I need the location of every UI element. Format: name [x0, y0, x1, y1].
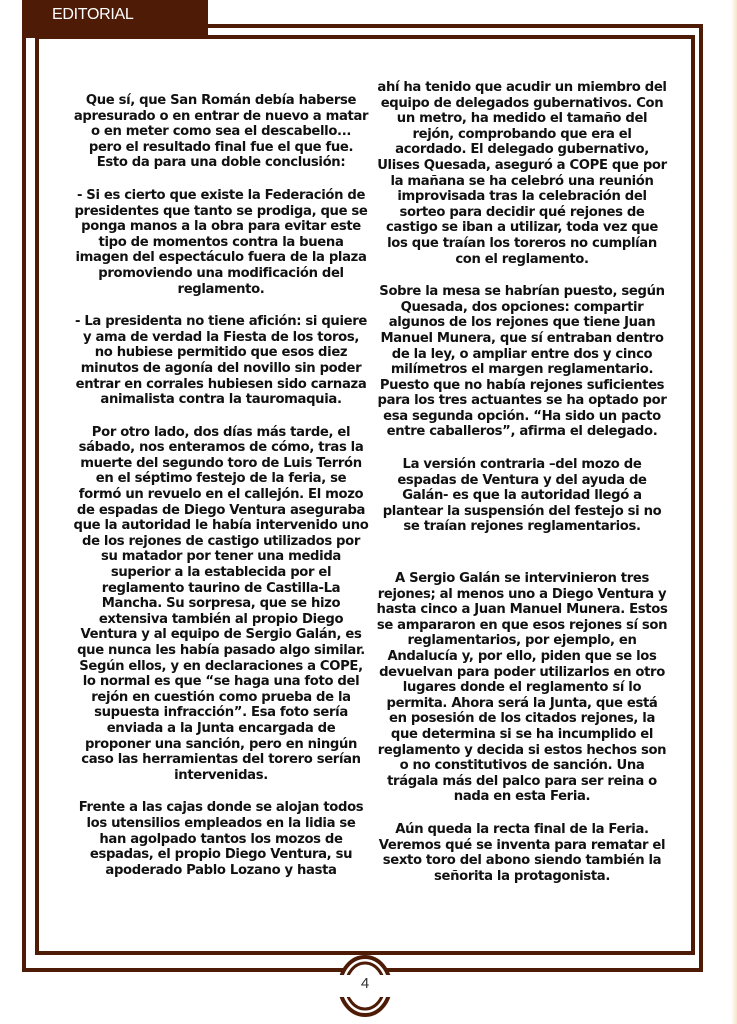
- paragraph: Que sí, que San Román debía haberse apre…: [73, 93, 369, 171]
- paragraph: Por otro lado, dos días más tarde, el sá…: [73, 425, 369, 784]
- paragraph: Aún queda la recta final de la Feria. Ve…: [376, 822, 668, 884]
- paragraph: Sobre la mesa se habrían puesto, según Q…: [376, 284, 668, 440]
- paragraph: Frente a las cajas donde se alojan todos…: [73, 800, 369, 878]
- page-number: 4: [336, 975, 394, 992]
- paragraph: ahí ha tenido que acudir un miembro del …: [376, 80, 668, 267]
- paragraph: A Sergio Galán se intervinieron tres rej…: [376, 571, 668, 805]
- article-column-right: ahí ha tenido que acudir un miembro del …: [376, 80, 668, 901]
- section-label: EDITORIAL: [52, 6, 133, 24]
- section-tab-base: [22, 24, 208, 38]
- article-column-left: Que sí, que San Román debía haberse apre…: [73, 93, 369, 895]
- paragraph: - Si es cierto que existe la Federación …: [73, 188, 369, 297]
- paragraph: - La presidenta no tiene afición: si qui…: [73, 314, 369, 408]
- paragraph: La versión contraria –del mozo de espada…: [376, 457, 668, 535]
- page-edge-strip: [731, 0, 737, 1024]
